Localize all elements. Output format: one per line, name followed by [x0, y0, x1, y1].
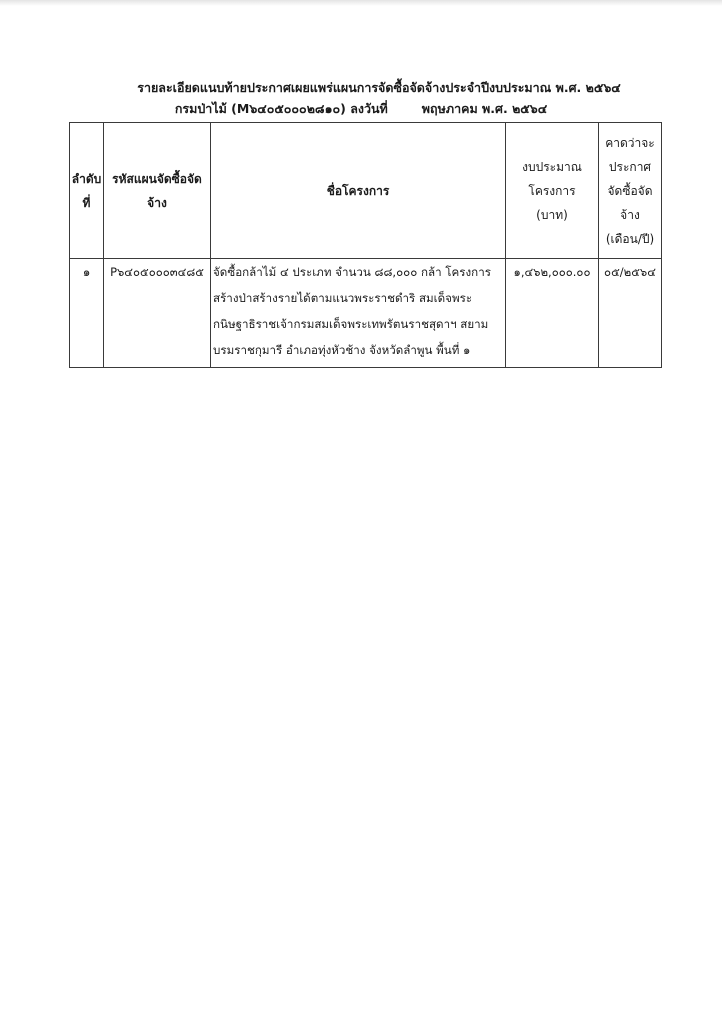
publication-month: พฤษภาคม พ.ศ. ๒๕๖๔: [422, 101, 547, 116]
header-text: (บาท): [506, 203, 598, 227]
project-name-line: จัดซื้อกล้าไม้ ๔ ประเภท จำนวน ๘๘,๐๐๐ กล้…: [213, 259, 505, 285]
agency-and-date-label: กรมป่าไม้ (M๖๔๐๕๐๐๐๒๘๑๐) ลงวันที่: [175, 101, 388, 116]
header-text: จ้าง: [599, 203, 661, 227]
project-name-line: บรมราชกุมารี อำเภอทุ่งหัวช้าง จังหวัดลำพ…: [213, 337, 505, 363]
row-expected-month: ๐๕/๒๕๖๔: [599, 259, 662, 368]
header-text: ที่: [70, 191, 103, 215]
project-name-line: กนิษฐาธิราชเจ้ากรมสมเด็จพระเทพรัตนราชสุด…: [213, 311, 505, 337]
procurement-plan-table: ลำดับ ที่ รหัสแผนจัดซื้อจัด จ้าง ชื่อโคร…: [69, 122, 662, 368]
header-budget: งบประมาณ โครงการ (บาท): [506, 123, 599, 259]
project-name-line: สร้างป่าสร้างรายได้ตามแนวพระราชดำริ สมเด…: [213, 285, 505, 311]
header-text: ชื่อโครงการ: [211, 179, 505, 203]
scan-edge: [0, 0, 722, 6]
table-row: ๑ P๖๔๐๕๐๐๐๓๔๘๕ จัดซื้อกล้าไม้ ๔ ประเภท จ…: [70, 259, 662, 368]
header-text: โครงการ: [506, 179, 598, 203]
row-plan-code: P๖๔๐๕๐๐๐๓๔๘๕: [104, 259, 211, 368]
header-text: ประกาศ: [599, 155, 661, 179]
header-text: รหัสแผนจัดซื้อจัด: [104, 167, 210, 191]
header-project-name: ชื่อโครงการ: [211, 123, 506, 259]
table-header-row: ลำดับ ที่ รหัสแผนจัดซื้อจัด จ้าง ชื่อโคร…: [70, 123, 662, 259]
document-subtitle: กรมป่าไม้ (M๖๔๐๕๐๐๐๒๘๑๐) ลงวันที่พฤษภาคม…: [0, 99, 722, 119]
header-plan-code: รหัสแผนจัดซื้อจัด จ้าง: [104, 123, 211, 259]
header-expected-month: คาดว่าจะ ประกาศ จัดซื้อจัด จ้าง (เดือน/ป…: [599, 123, 662, 259]
header-text: งบประมาณ: [506, 155, 598, 179]
row-index: ๑: [70, 259, 104, 368]
header-text: (เดือน/ปี): [599, 227, 661, 251]
row-budget: ๑,๔๖๒,๐๐๐.๐๐: [506, 259, 599, 368]
row-project-name: จัดซื้อกล้าไม้ ๔ ประเภท จำนวน ๘๘,๐๐๐ กล้…: [211, 259, 506, 368]
document-title: รายละเอียดแนบท้ายประกาศเผยแพร่แผนการจัดซ…: [18, 78, 722, 98]
header-text: ลำดับ: [70, 167, 103, 191]
header-index: ลำดับ ที่: [70, 123, 104, 259]
header-text: คาดว่าจะ: [599, 131, 661, 155]
header-text: จัดซื้อจัด: [599, 179, 661, 203]
header-text: จ้าง: [104, 191, 210, 215]
